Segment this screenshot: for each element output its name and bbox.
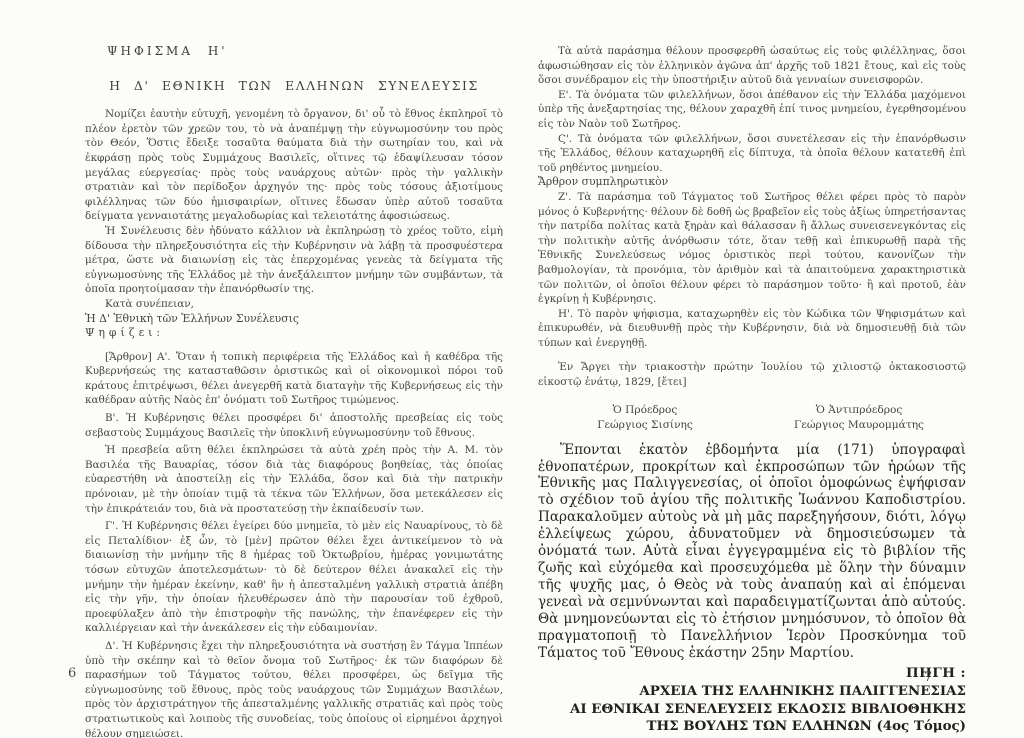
article-d: Δ'. Ἡ Κυβέρνησις ἔχει τὴν πληρεξουσιότητ… <box>85 639 503 738</box>
modern-commentary-section: Ἕπονται ἑκατὸν ἑβδομήντα μία (171) ὑπογρ… <box>538 442 966 736</box>
vice-president-name: Γεώργιος Μαυρομμάτης <box>752 418 966 433</box>
president-title: Ὁ Πρόεδρος <box>538 403 752 418</box>
source-label: ΠΗΓΗ : <box>538 665 966 683</box>
epilogue-paragraph: Ἕπονται ἑκατὸν ἑβδομήντα μία (171) ὑπογρ… <box>538 442 966 662</box>
article-z: Ζ'. Τὰ παράσημα τοῦ Τάγματος τοῦ Σωτῆρος… <box>538 190 966 307</box>
intro-section: Νομίζει ἑαυτὴν εὐτυχῆ, γενομένη τὸ ὄργαν… <box>85 107 503 311</box>
supplementary-article-heading: Ἄρθρον συμπληρωτικὸν <box>538 175 966 190</box>
page-number-right: 7 <box>924 670 932 685</box>
page-number-left: 6 <box>68 666 76 681</box>
right-page: Τὰ αὐτὰ παράσημα θέλουν προσφερθῆ ὡσαύτω… <box>538 0 966 738</box>
right-old-text-section: Τὰ αὐτὰ παράσημα θέλουν προσφερθῆ ὡσαύτω… <box>538 44 966 433</box>
article-b-continuation: Ἡ πρεσβεία αὕτη θέλει ἐκπληρώσει τὰ αὐτὰ… <box>85 443 503 516</box>
president-signature: Ὁ Πρόεδρος Γεώργιος Σισίνης <box>538 403 752 433</box>
articles-section: [Ἄρθρον] Α'. Ὅταν ἡ τοπικὴ περιφέρεια τῆ… <box>85 350 503 738</box>
vice-president-title: Ὁ Ἀντιπρόεδρος <box>752 403 966 418</box>
book-spread-scan: ΨΗΦΙΣΜΑ Η' Η Δ' ΕΘΝΙΚΗ ΤΩΝ ΕΛΛΗΝΩΝ ΣΥΝΕΛ… <box>0 0 1024 738</box>
signature-block: Ὁ Πρόεδρος Γεώργιος Σισίνης Ὁ Ἀντιπρόεδρ… <box>538 403 966 433</box>
assembly-line: Ἡ Δ' Ἐθνικὴ τῶν Ἑλλήνων Συνέλευσις <box>85 312 503 327</box>
votes-heading: Ψηφίζει: <box>85 326 503 341</box>
vice-president-signature: Ὁ Ἀντιπρόεδρος Γεώργιος Μαυρομμάτης <box>752 403 966 433</box>
article-c: Γ'. Ἡ Κυβέρνησις θέλει ἐγείρει δύο μνημε… <box>85 519 503 636</box>
left-page: ΨΗΦΙΣΜΑ Η' Η Δ' ΕΘΝΙΚΗ ΤΩΝ ΕΛΛΗΝΩΝ ΣΥΝΕΛ… <box>85 0 503 738</box>
paragraph: Κατὰ συνέπειαν, <box>85 297 503 312</box>
paragraph: Νομίζει ἑαυτὴν εὐτυχῆ, γενομένη τὸ ὄργαν… <box>85 107 503 224</box>
source-line: ΤΗΣ ΒΟΥΛΗΣ ΤΩΝ ΕΛΛΗΝΩΝ (4ος Τόμος) <box>538 718 966 736</box>
article-h: Η'. Τὸ παρὸν ψήφισμα, καταχωρηθὲν εἰς τὸ… <box>538 307 966 351</box>
article-e: Ε'. Τὰ ὀνόματα τῶν φιλελλήνων, ὅσοι ἀπέθ… <box>538 88 966 132</box>
page-title: Η Δ' ΕΘΝΙΚΗ ΤΩΝ ΕΛΛΗΝΩΝ ΣΥΝΕΛΕΥΣΙΣ <box>85 79 503 94</box>
paragraph: Ἡ Συνέλευσις δὲν ἠδύνατο κάλλιον νὰ ἐκπλ… <box>85 224 503 297</box>
paragraph: Τὰ αὐτὰ παράσημα θέλουν προσφερθῆ ὡσαύτω… <box>538 44 966 88</box>
date-line: Ἐν Ἄργει τὴν τριακοστὴν πρώτην Ἰουλίου τ… <box>538 360 966 389</box>
president-name: Γεώργιος Σισίνης <box>538 418 752 433</box>
article-b: Β'. Ἡ Κυβέρνησις θέλει προσφέρει δι' ἀπο… <box>85 411 503 440</box>
source-line: ΑΡΧΕΙΑ ΤΗΣ ΕΛΛΗΝΙΚΗΣ ΠΑΛΙΓΓΕΝΕΣΙΑΣ <box>538 683 966 701</box>
source-block: ΠΗΓΗ : ΑΡΧΕΙΑ ΤΗΣ ΕΛΛΗΝΙΚΗΣ ΠΑΛΙΓΓΕΝΕΣΙΑ… <box>538 665 966 735</box>
source-line: ΑΙ ΕΘΝΙΚΑΙ ΣΕΝΕΛΕΥΣΕΙΣ ΕΚΔΟΣΙΣ ΒΙΒΛΙΟΘΗΚ… <box>538 701 966 719</box>
article-st: Ϛ'. Τὰ ὀνόματα τῶν φιλελλήνων, ὅσοι συνε… <box>538 132 966 176</box>
resolution-kicker: ΨΗΦΙΣΜΑ Η' <box>107 44 503 59</box>
article-a: [Ἄρθρον] Α'. Ὅταν ἡ τοπικὴ περιφέρεια τῆ… <box>85 350 503 408</box>
